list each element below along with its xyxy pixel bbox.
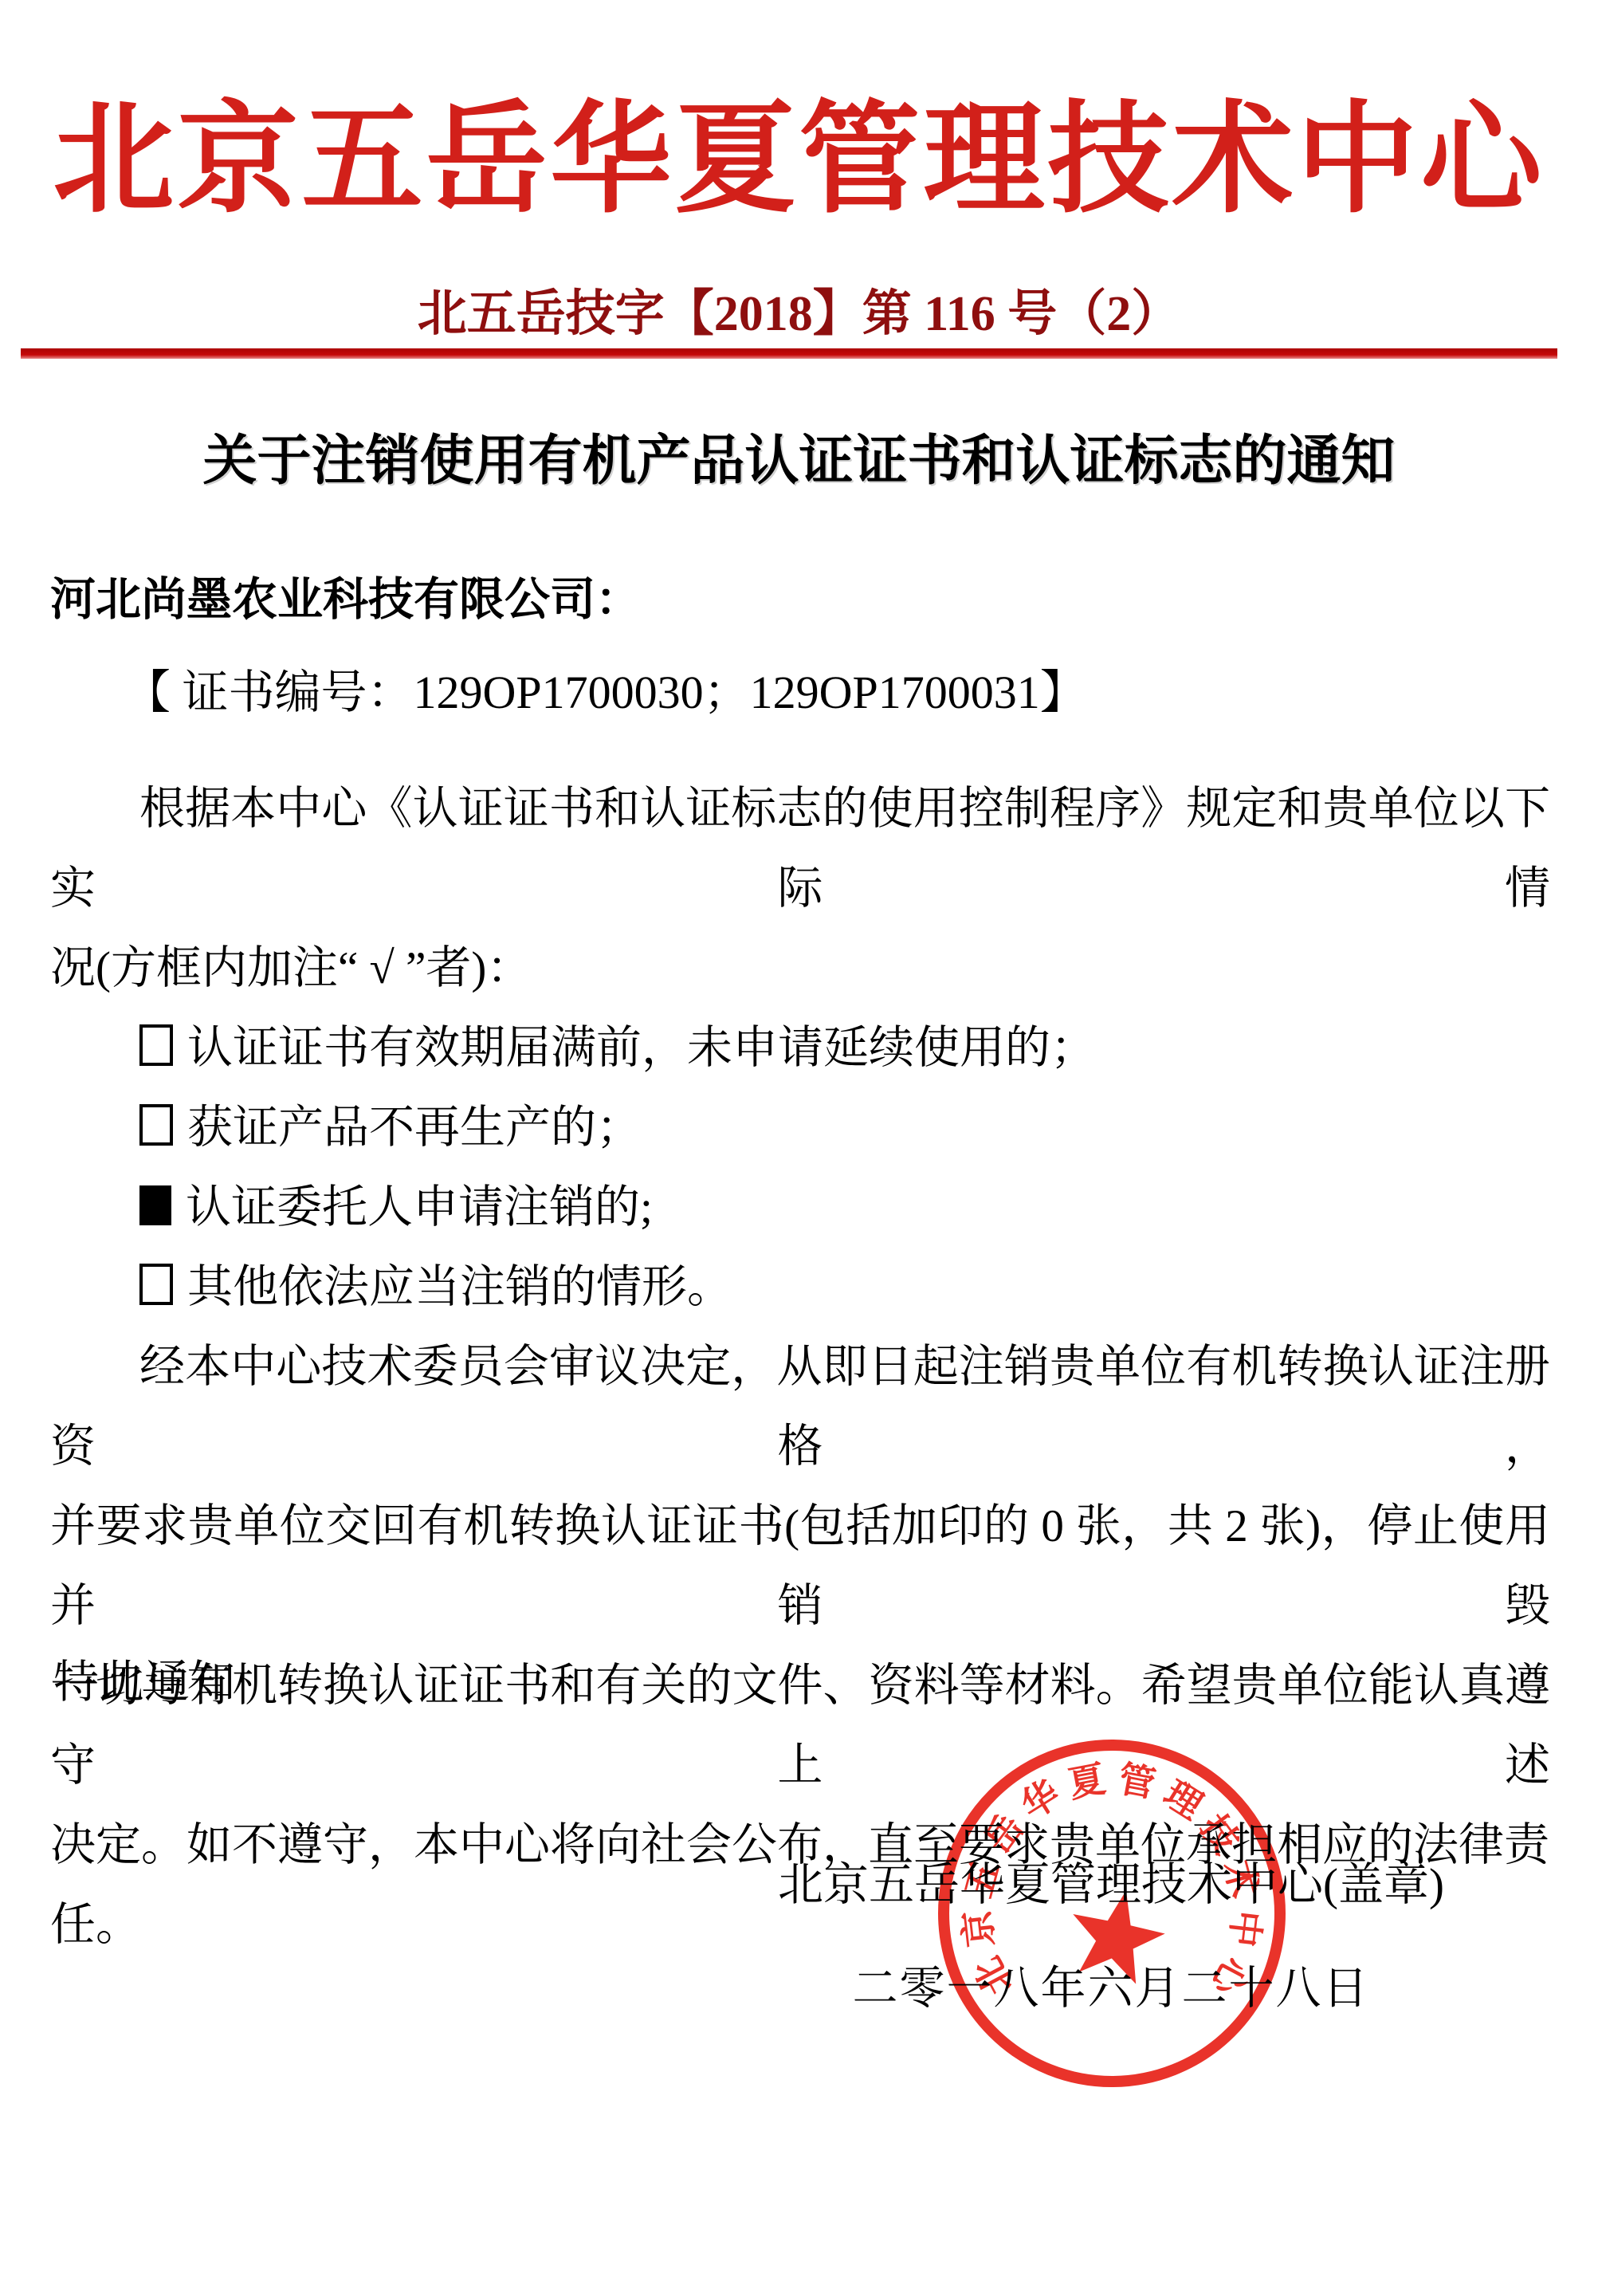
notice-body: 根据本中心《认证证书和认证标志的使用控制程序》规定和贵单位以下实际情况(方框内加…: [50, 769, 1550, 1965]
stamp-arc-text-char: 中: [1223, 1908, 1267, 1948]
stamp-arc-text-char: 五: [958, 1856, 1007, 1902]
checklist-item-label: 其他依法应当注销的情形。: [187, 1262, 732, 1312]
notice-title: 关于注销使用有机产品认证证书和认证标志的通知: [0, 421, 1598, 501]
org-title: 北京五岳华夏管理技术中心: [0, 77, 1598, 244]
body-paragraph-1: 根据本中心《认证证书和认证标志的使用控制程序》规定和贵单位以下实际情况(方框内加…: [50, 769, 1550, 1008]
stamp-arc-text-char: 术: [1217, 1856, 1266, 1902]
checkbox-unchecked-icon: [139, 1264, 173, 1305]
stamp-arc-text-char: 管: [1115, 1759, 1159, 1806]
checklist-item: 认证证书有效期届满前，未申请延续使用的；: [50, 1008, 1550, 1088]
checklist-item: 认证委托人申请注销的;: [50, 1168, 1550, 1248]
stamp-arc-text-char: 技: [1192, 1807, 1247, 1861]
stamp-arc-text-char: 岳: [977, 1807, 1031, 1861]
cancellation-checklist: 认证证书有效期届满前，未申请延续使用的；获证产品不再生产的；认证委托人申请注销的…: [50, 1008, 1550, 1327]
closing-note: 特此通知: [53, 1643, 235, 1723]
body-line: 并要求贵单位交回有机转换认证证书(包括加印的 0 张，共 2 张)，停止使用并销…: [50, 1487, 1550, 1646]
checklist-item-label: 认证委托人申请注销的;: [186, 1182, 653, 1233]
stamp-arc-text-char: 夏: [1065, 1759, 1109, 1806]
addressee-company: 河北尚墨农业科技有限公司：: [50, 566, 641, 635]
checkbox-unchecked-icon: [139, 1104, 173, 1146]
checklist-item-label: 认证证书有效期届满前，未申请延续使用的；: [187, 1023, 1096, 1073]
notice-document-page: 北京五岳华夏管理技术中心 北五岳技字【2018】第 116 号（2） 关于注销使…: [0, 0, 1598, 2296]
stamp-arc-text-char: 京: [956, 1908, 1001, 1948]
body-line: 经本中心技术委员会审议决定，从即日起注销贵单位有机转换认证注册资格，: [50, 1327, 1550, 1487]
checklist-item-label: 获证产品不再生产的；: [187, 1103, 642, 1153]
checkbox-unchecked-icon: [139, 1024, 173, 1066]
checkbox-checked-icon: [139, 1185, 171, 1225]
checklist-item: 获证产品不再生产的；: [50, 1088, 1550, 1168]
red-divider-line: [21, 348, 1557, 359]
certificate-number-line: 【 证书编号：129OP1700030；129OP1700031】: [124, 659, 1086, 727]
stamp-arc-text-char: 理: [1156, 1773, 1209, 1827]
stamp-arc-text-char: 北: [967, 1951, 1020, 2003]
body-line: 一切与有机转换认证证书和有关的文件、资料等材料。希望贵单位能认真遵守上述: [50, 1646, 1550, 1806]
body-line: 根据本中心《认证证书和认证标志的使用控制程序》规定和贵单位以下实际情: [50, 769, 1550, 929]
checklist-item: 其他依法应当注销的情形。: [50, 1248, 1550, 1327]
doc-number: 北五岳技字【2018】第 116 号（2）: [0, 277, 1598, 351]
stamp-arc-text-char: 华: [1014, 1773, 1066, 1827]
official-red-stamp: 北京五岳华夏管理技术中心: [932, 1734, 1291, 2093]
stamp-star-icon: [1073, 1890, 1164, 1983]
body-line: 况(方框内加注“ √ ”者)：: [50, 929, 1550, 1008]
stamp-arc-text-char: 心: [1203, 1951, 1257, 2003]
